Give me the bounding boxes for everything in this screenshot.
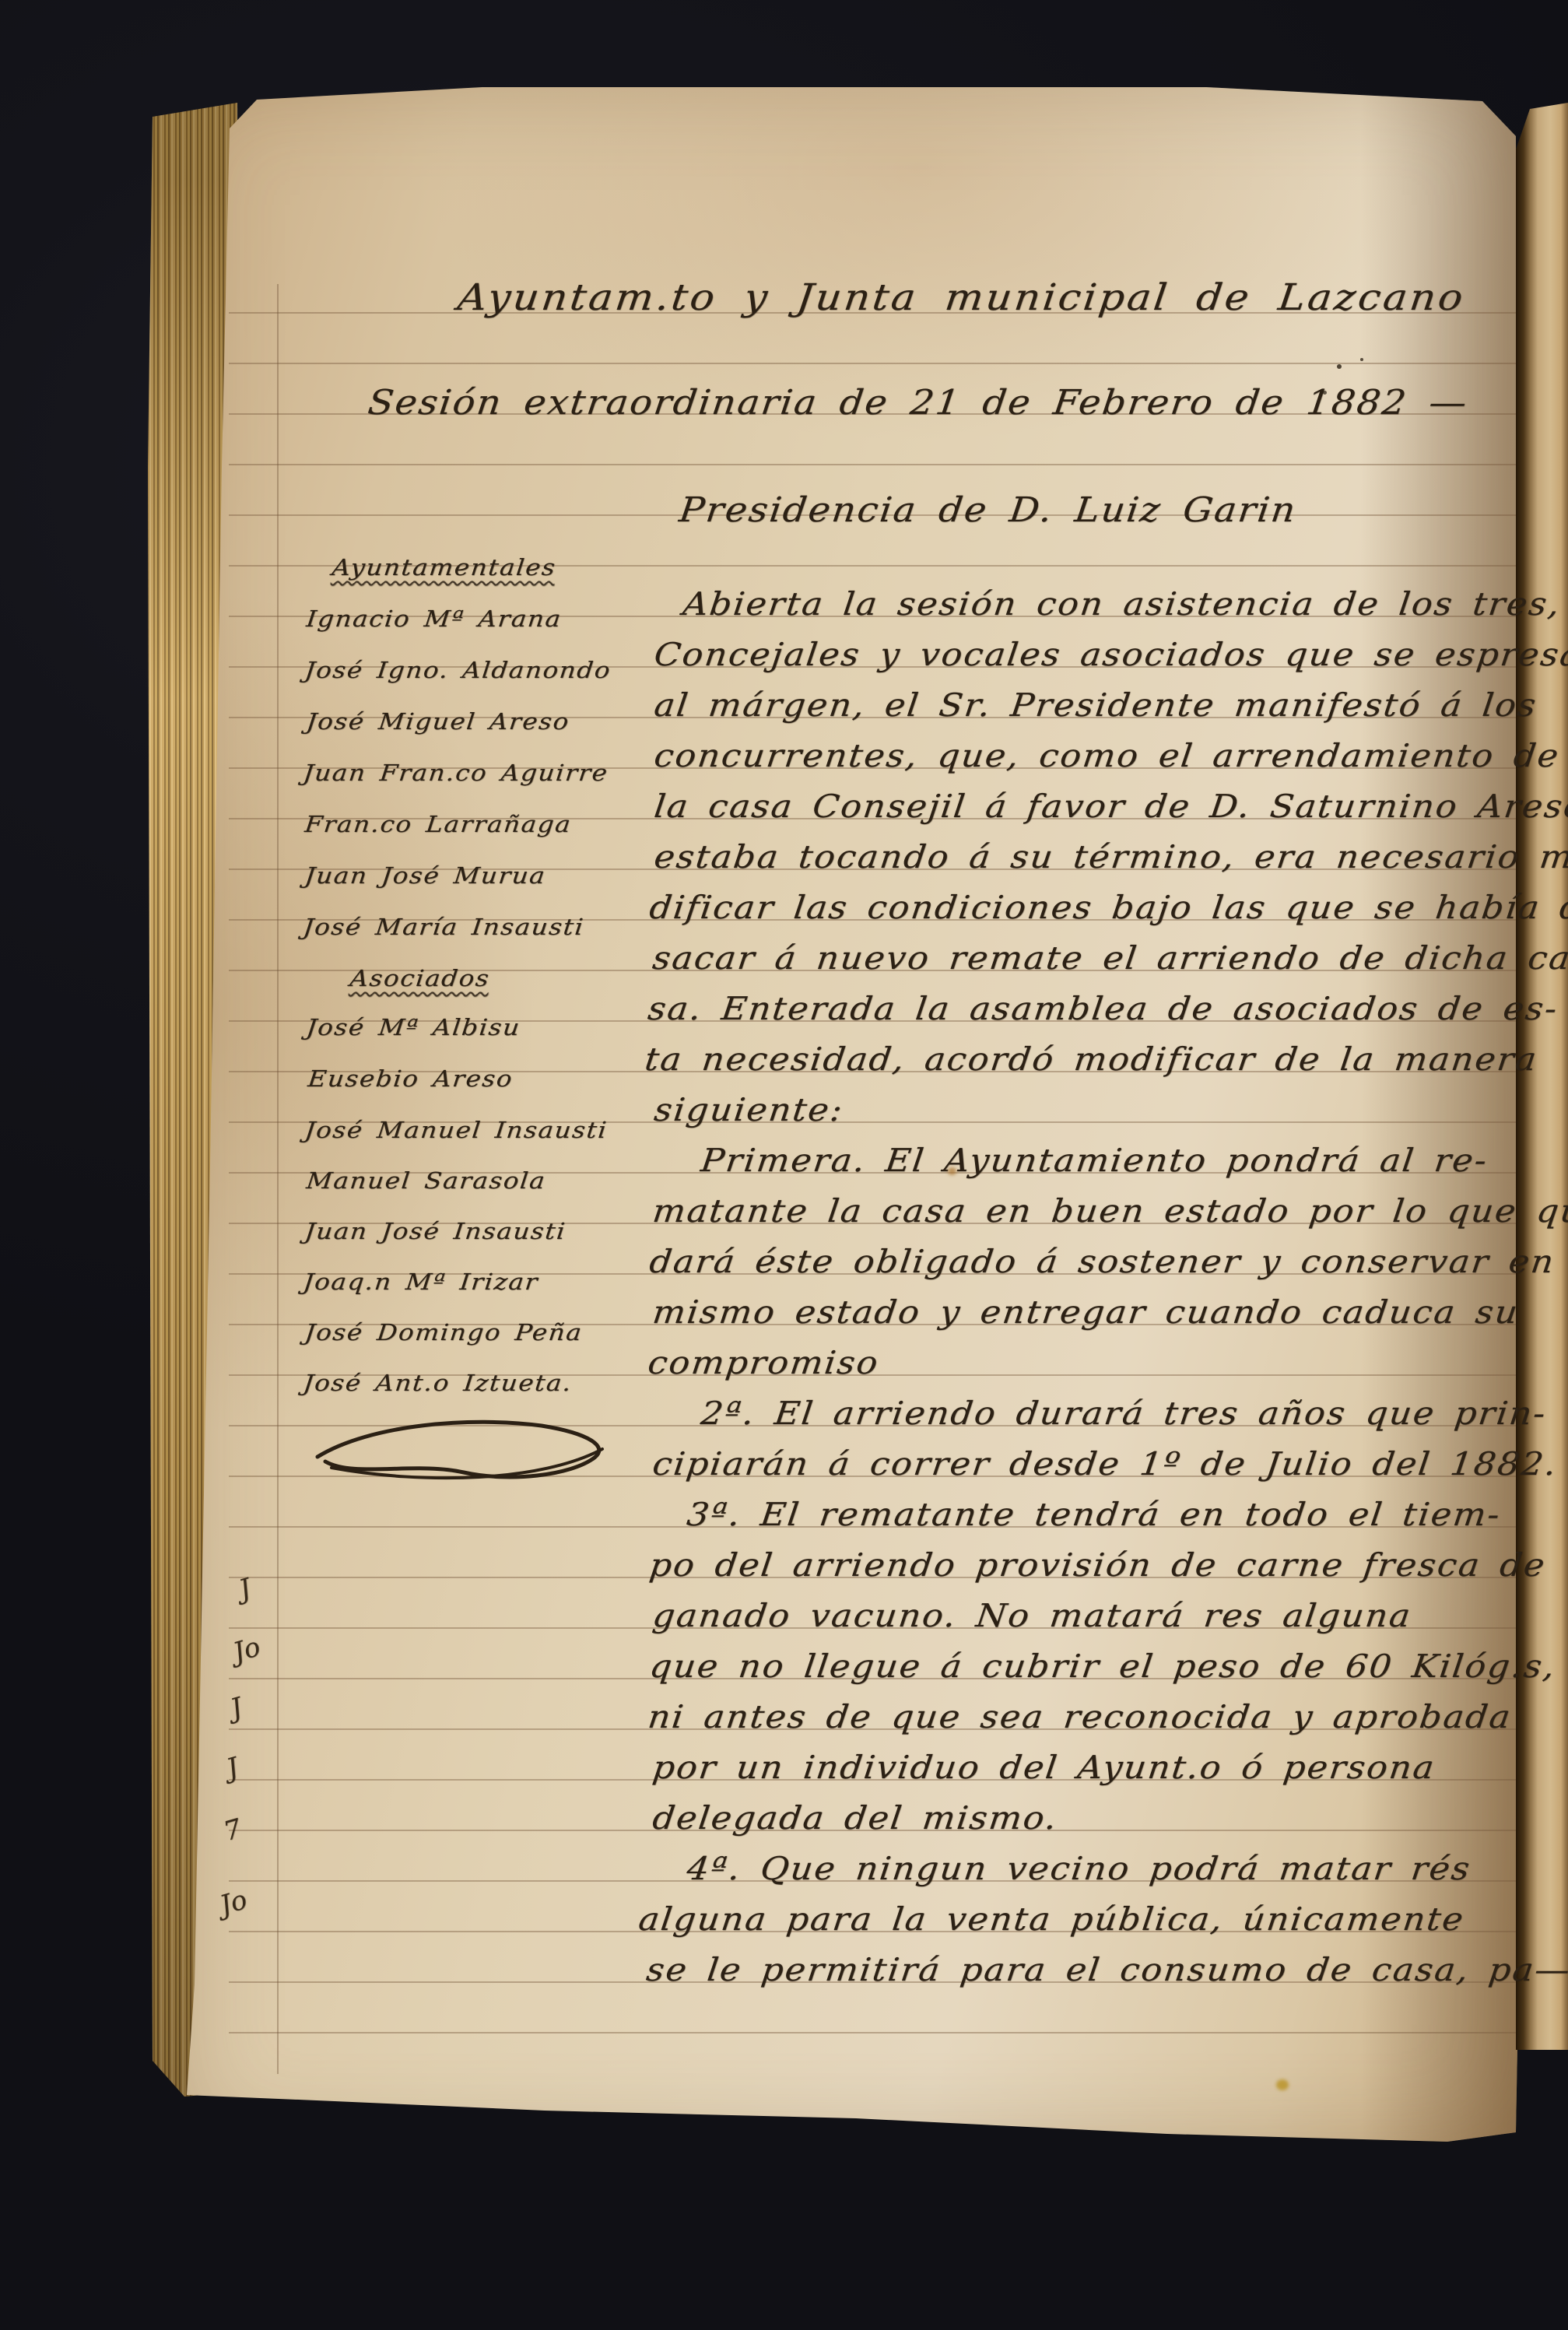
margin-name: José Igno. Aldanondo	[303, 657, 612, 683]
body-line: Abierta la sesión con asistencia de los …	[681, 585, 1563, 623]
margin-name: Ignacio Mª Arana	[305, 605, 563, 632]
body-line: Primera. El Ayuntamiento pondrá al re-	[699, 1142, 1490, 1179]
body-line: ni antes de que sea reconocida y aprobad…	[646, 1698, 1514, 1735]
body-line: dará éste obligado á sostener y conserva…	[647, 1243, 1568, 1280]
body-line: se le permitirá para el consumo de casa,…	[644, 1951, 1568, 1988]
body-line: al márgen, el Sr. Presidente manifestó á…	[652, 686, 1539, 724]
body-line: delegada del mismo.	[651, 1799, 1060, 1837]
ink-speck	[1337, 364, 1342, 369]
body-line: dificar las condiciones bajo las que se …	[647, 889, 1568, 926]
body-line: matante la casa en buen estado por lo qu…	[651, 1192, 1568, 1230]
margin-name: Joaq.n Mª Irizar	[302, 1269, 540, 1295]
signature-flourish	[308, 1410, 619, 1496]
margin-name: Fran.co Larrañaga	[303, 811, 573, 837]
body-line: compromiso	[646, 1344, 882, 1381]
body-line: alguna para la venta pública, únicamente	[637, 1900, 1467, 1938]
body-line: mismo estado y entregar cuando caduca su	[651, 1293, 1521, 1331]
ink-speck	[1323, 391, 1327, 395]
body-line: 4ª. Que ningun vecino podrá matar rés	[685, 1850, 1473, 1887]
margin-name: José María Insausti	[302, 914, 586, 940]
margin-name: José Miguel Areso	[305, 708, 571, 735]
body-line: 3ª. El rematante tendrá en todo el tiem-	[685, 1496, 1503, 1533]
paper-stain	[948, 1167, 956, 1175]
margin-name: Juan Fran.co Aguirre	[302, 760, 610, 786]
presidency-line: Presidencia de D. Luiz Garin	[677, 490, 1299, 530]
body-line: siguiente:	[652, 1091, 846, 1128]
body-line: ta necesidad, acordó modificar de la man…	[643, 1040, 1540, 1078]
body-line: Concejales y vocales asociados que se es…	[652, 636, 1568, 673]
photo-background: Ayuntam.to y Junta municipal de Lazcano …	[0, 0, 1568, 2330]
body-line: sa. Enterada la asamblea de asociados de…	[646, 990, 1560, 1027]
body-line: concurrentes, que, como el arrendamiento…	[652, 737, 1562, 774]
margin-name: Juan José Insausti	[303, 1218, 567, 1244]
page-title: Ayuntam.to y Junta municipal de Lazcano	[455, 276, 1468, 319]
body-line: por un individuo del Ayunt.o ó persona	[651, 1749, 1438, 1786]
body-line: que no llegue á cubrir el peso de 60 Kil…	[647, 1647, 1558, 1685]
body-line: cipiarán á correr desde 1º de Julio del …	[651, 1445, 1559, 1483]
margin-name: Eusebio Areso	[307, 1065, 514, 1092]
body-line: po del arriendo provisión de carne fresc…	[647, 1546, 1549, 1584]
margin-name: José Domingo Peña	[303, 1319, 584, 1346]
body-line: estaba tocando á su término, era necesar…	[652, 838, 1568, 876]
body-line: la casa Consejil á favor de D. Saturnino…	[652, 788, 1568, 825]
paper-stain	[1276, 2079, 1289, 2090]
margin-name: José Mª Albisu	[305, 1014, 522, 1040]
margin-name: Juan José Murua	[303, 862, 547, 889]
margin-rule-line	[277, 284, 279, 2074]
body-line: 2ª. El arriendo durará tres años que pri…	[699, 1395, 1549, 1432]
session-line: Sesión extraordinaria de 21 de Febrero d…	[366, 383, 1470, 423]
body-line: ganado vacuno. No matará res alguna	[651, 1597, 1414, 1634]
margin-heading-asociados: Asociados	[349, 965, 491, 991]
margin-name: José Ant.o Iztueta.	[302, 1370, 574, 1396]
margin-name: José Manuel Insausti	[303, 1117, 609, 1143]
margin-heading-ayuntamentales: Ayuntamentales	[331, 554, 557, 581]
body-line: sacar á nuevo remate el arriendo de dich…	[651, 939, 1568, 977]
ink-speck	[1360, 358, 1363, 361]
margin-name: Manuel Sarasola	[305, 1167, 547, 1194]
